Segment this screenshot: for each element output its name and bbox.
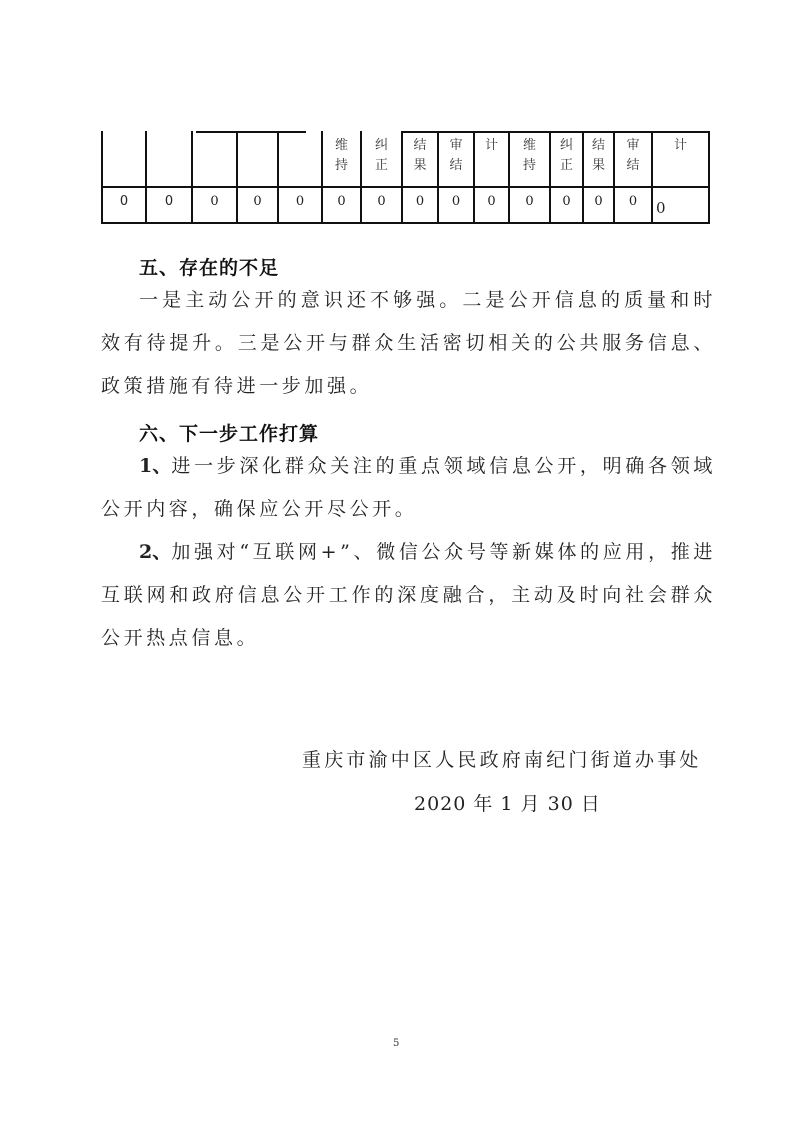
table-border bbox=[101, 131, 103, 224]
table-value-cell: 0 bbox=[615, 194, 651, 209]
section-heading-shortcomings: 五、存在的不足 bbox=[139, 253, 279, 280]
table-border bbox=[708, 131, 710, 224]
table-border bbox=[277, 131, 279, 224]
table-value-cell: 0 bbox=[510, 194, 549, 209]
table-header-cell: 计 bbox=[653, 136, 708, 156]
table-value-cell: 0 bbox=[656, 199, 666, 217]
table-header-cell: 纠 正 bbox=[362, 136, 401, 176]
table-value-cell: 0 bbox=[403, 194, 437, 209]
table-border bbox=[196, 131, 306, 133]
section-heading-next-steps: 六、下一步工作打算 bbox=[139, 419, 319, 446]
item-text: 进一步深化群众关注的重点领域信息公开，明确各领域公开内容，确保应公开尽公开。 bbox=[101, 455, 716, 520]
table-header-cell: 结 果 bbox=[403, 136, 437, 176]
table-border bbox=[145, 131, 147, 224]
next-step-item: 1、进一步深化群众关注的重点领域信息公开，明确各领域公开内容，确保应公开尽公开。 bbox=[101, 445, 716, 531]
section-body-shortcomings: 一是主动公开的意识还不够强。二是公开信息的质量和时效有待提升。三是公开与群众生活… bbox=[101, 279, 716, 408]
table-header-cell: 计 bbox=[475, 136, 508, 156]
page-number: 5 bbox=[393, 1038, 399, 1049]
item-number: 2、 bbox=[139, 541, 171, 563]
table-border bbox=[401, 131, 710, 133]
table-border bbox=[236, 131, 238, 224]
table-value-cell: 0 bbox=[193, 194, 236, 209]
table-border bbox=[191, 131, 193, 224]
next-step-item: 2、加强对“互联网+”、微信公众号等新媒体的应用，推进互联网和政府信息公开工作的… bbox=[101, 531, 716, 660]
table-header-cell: 维 持 bbox=[323, 136, 360, 176]
table-value-cell: 0 bbox=[439, 194, 473, 209]
table-value-cell: 0 bbox=[475, 194, 508, 209]
document-page: 维 持 纠 正 结 果 审 结 计 维 持 纠 正 结 果 审 结 计 0 0 … bbox=[0, 0, 793, 1122]
table-value-cell: 0 bbox=[147, 194, 191, 209]
table-value-cell: 0 bbox=[279, 194, 321, 209]
signature-org: 重庆市渝中区人民政府南纪门街道办事处 bbox=[302, 745, 702, 772]
table-header-cell: 维 持 bbox=[510, 136, 549, 176]
table-value-cell: 0 bbox=[103, 194, 145, 209]
signature-date: 2020 年 1 月 30 日 bbox=[414, 789, 601, 816]
table-header-cell: 审 结 bbox=[439, 136, 473, 176]
table-value-cell: 0 bbox=[584, 194, 613, 209]
item-number: 1、 bbox=[139, 455, 171, 477]
table-value-cell: 0 bbox=[362, 194, 401, 209]
table-header-cell: 审 结 bbox=[615, 136, 651, 176]
item-text: 加强对“互联网+”、微信公众号等新媒体的应用，推进互联网和政府信息公开工作的深度… bbox=[101, 541, 716, 649]
table-value-cell: 0 bbox=[551, 194, 582, 209]
table-value-cell: 0 bbox=[323, 194, 360, 209]
table-header-cell: 纠 正 bbox=[551, 136, 582, 176]
table-value-cell: 0 bbox=[238, 194, 277, 209]
table-header-cell: 结 果 bbox=[584, 136, 613, 176]
